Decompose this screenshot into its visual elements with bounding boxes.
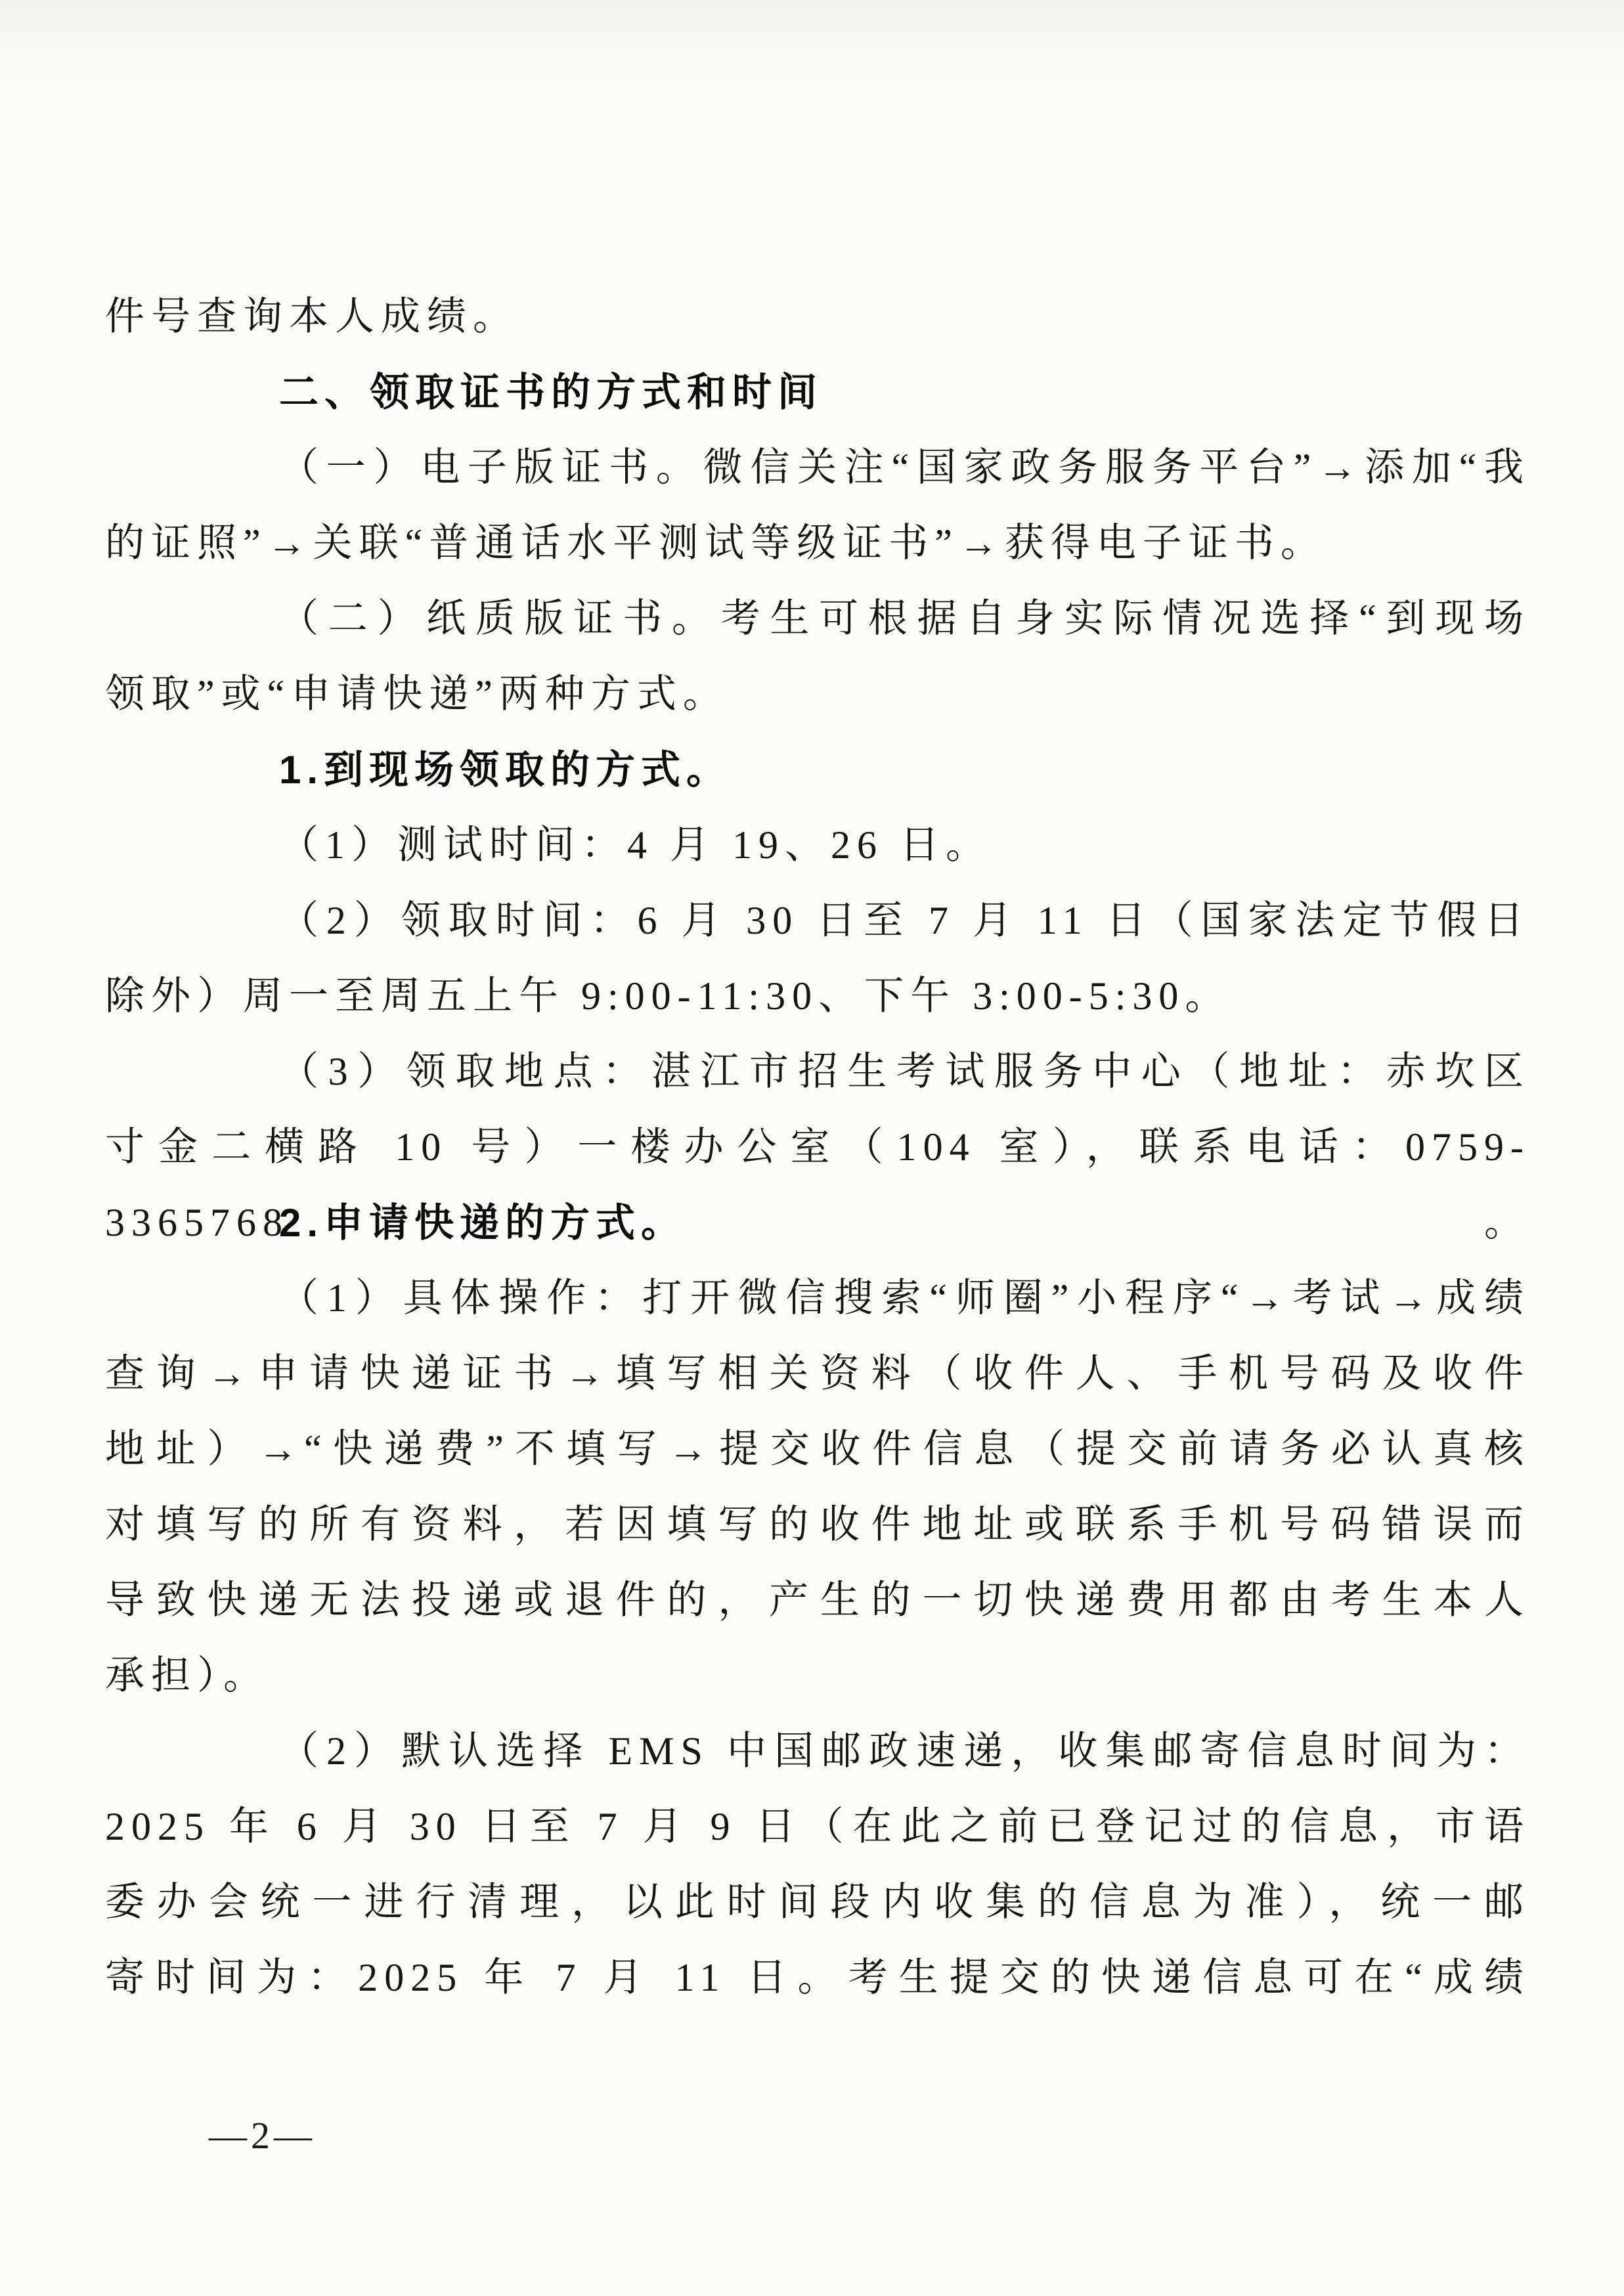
body-line: （1）具体操作：打开微信搜索“师圈”小程序“→考试→成绩 [105, 1261, 1530, 1336]
body-line: 承担）。 [105, 1638, 1530, 1714]
document-page: 件号查询本人成绩。 二、领取证书的方式和时间 （一）电子版证书。微信关注“国家政… [0, 0, 1624, 2296]
body-line: （2）默认选择 EMS 中国邮政速递，收集邮寄信息时间为： [105, 1714, 1530, 1789]
scan-artifact [0, 0, 1624, 79]
body-line: （一）电子版证书。微信关注“国家政务服务平台”→添加“我 [105, 430, 1530, 506]
body-line: 委办会统一进行清理，以此时间段内收集的信息为准），统一邮 [105, 1865, 1530, 1940]
body-line: 地址）→“快递费”不填写→提交收件信息（提交前请务必认真核 [105, 1412, 1530, 1487]
body-line: （1）测试时间：4 月 19、26 日。 [105, 808, 1530, 883]
body-line: 对填写的所有资料，若因填写的收件地址或联系手机号码错误而 [105, 1487, 1530, 1563]
sub-heading: 1.到现场领取的方式。 [105, 732, 1530, 808]
body-line: 导致快递无法投递或退件的，产生的一切快递费用都由考生本人 [105, 1563, 1530, 1638]
body-line: 寸金二横路 10 号）一楼办公室（104 室），联系电话：0759-336576… [105, 1110, 1530, 1185]
body-line: 查询→申请快递证书→填写相关资料（收件人、手机号码及收件 [105, 1336, 1530, 1412]
body-line: 2025 年 6 月 30 日至 7 月 9 日（在此之前已登记过的信息，市语 [105, 1789, 1530, 1865]
body-line: 寄时间为：2025 年 7 月 11 日。考生提交的快递信息可在“成绩 [105, 1940, 1530, 2016]
body-line: 的证照”→关联“普通话水平测试等级证书”→获得电子证书。 [105, 506, 1530, 581]
body-line: （3）领取地点：湛江市招生考试服务中心（地址：赤坎区 [105, 1034, 1530, 1110]
body-line: （2）领取时间：6 月 30 日至 7 月 11 日（国家法定节假日 [105, 883, 1530, 959]
document-body: 件号查询本人成绩。 二、领取证书的方式和时间 （一）电子版证书。微信关注“国家政… [105, 279, 1530, 2016]
body-line: 除外）周一至周五上午 9:00-11:30、下午 3:00-5:30。 [105, 959, 1530, 1034]
body-line: 领取”或“申请快递”两种方式。 [105, 657, 1530, 732]
body-line: （二）纸质版证书。考生可根据自身实际情况选择“到现场 [105, 581, 1530, 657]
page-number: —2— [209, 2100, 316, 2172]
section-heading: 二、领取证书的方式和时间 [105, 355, 1530, 430]
body-line: 件号查询本人成绩。 [105, 279, 1530, 355]
